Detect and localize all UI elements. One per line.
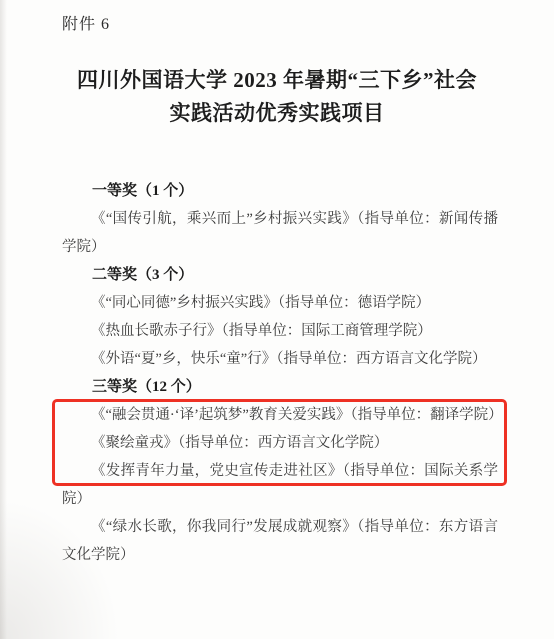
prize-heading-third: 三等奖（12 个） — [62, 373, 498, 401]
project-item-third-1: 《“融会贯通·‘译’起筑梦”教育关爱实践》（指导单位：翻译学院） — [62, 401, 498, 429]
project-item-third-4: 《“绿水长歌，你我同行”发展成就观察》（指导单位：东方语言文化学院） — [62, 513, 498, 569]
prize-heading-first: 一等奖（1 个） — [62, 177, 498, 205]
project-item-second-1: 《“同心同德”乡村振兴实践》（指导单位：德语学院） — [62, 289, 498, 317]
project-item-third-2: 《聚绘童戎》（指导单位：西方语言文化学院） — [62, 429, 498, 457]
project-item-first-1: 《“国传引航，乘兴而上”乡村振兴实践》（指导单位：新闻传播学院） — [62, 205, 498, 261]
document-title-line2: 实践活动优秀实践项目 — [170, 101, 385, 125]
attachment-label: 附件 6 — [62, 0, 554, 37]
project-item-second-2: 《热血长歌赤子行》（指导单位：国际工商管理学院） — [62, 317, 498, 345]
prize-heading-second: 二等奖（3 个） — [62, 261, 498, 289]
document-title-line1: 四川外国语大学 2023 年暑期“三下乡”社会 — [77, 68, 477, 92]
project-item-second-3: 《外语“夏”乡，快乐“童”行》（指导单位：西方语言文化学院） — [62, 345, 498, 373]
document-body: 一等奖（1 个） 《“国传引航，乘兴而上”乡村振兴实践》（指导单位：新闻传播学院… — [0, 177, 554, 569]
project-item-third-3: 《发挥青年力量，党史宣传走进社区》（指导单位：国际关系学院） — [62, 457, 498, 513]
document-page: 附件 6 四川外国语大学 2023 年暑期“三下乡”社会 实践活动优秀实践项目 … — [0, 0, 554, 639]
document-title: 四川外国语大学 2023 年暑期“三下乡”社会 实践活动优秀实践项目 — [30, 64, 524, 130]
